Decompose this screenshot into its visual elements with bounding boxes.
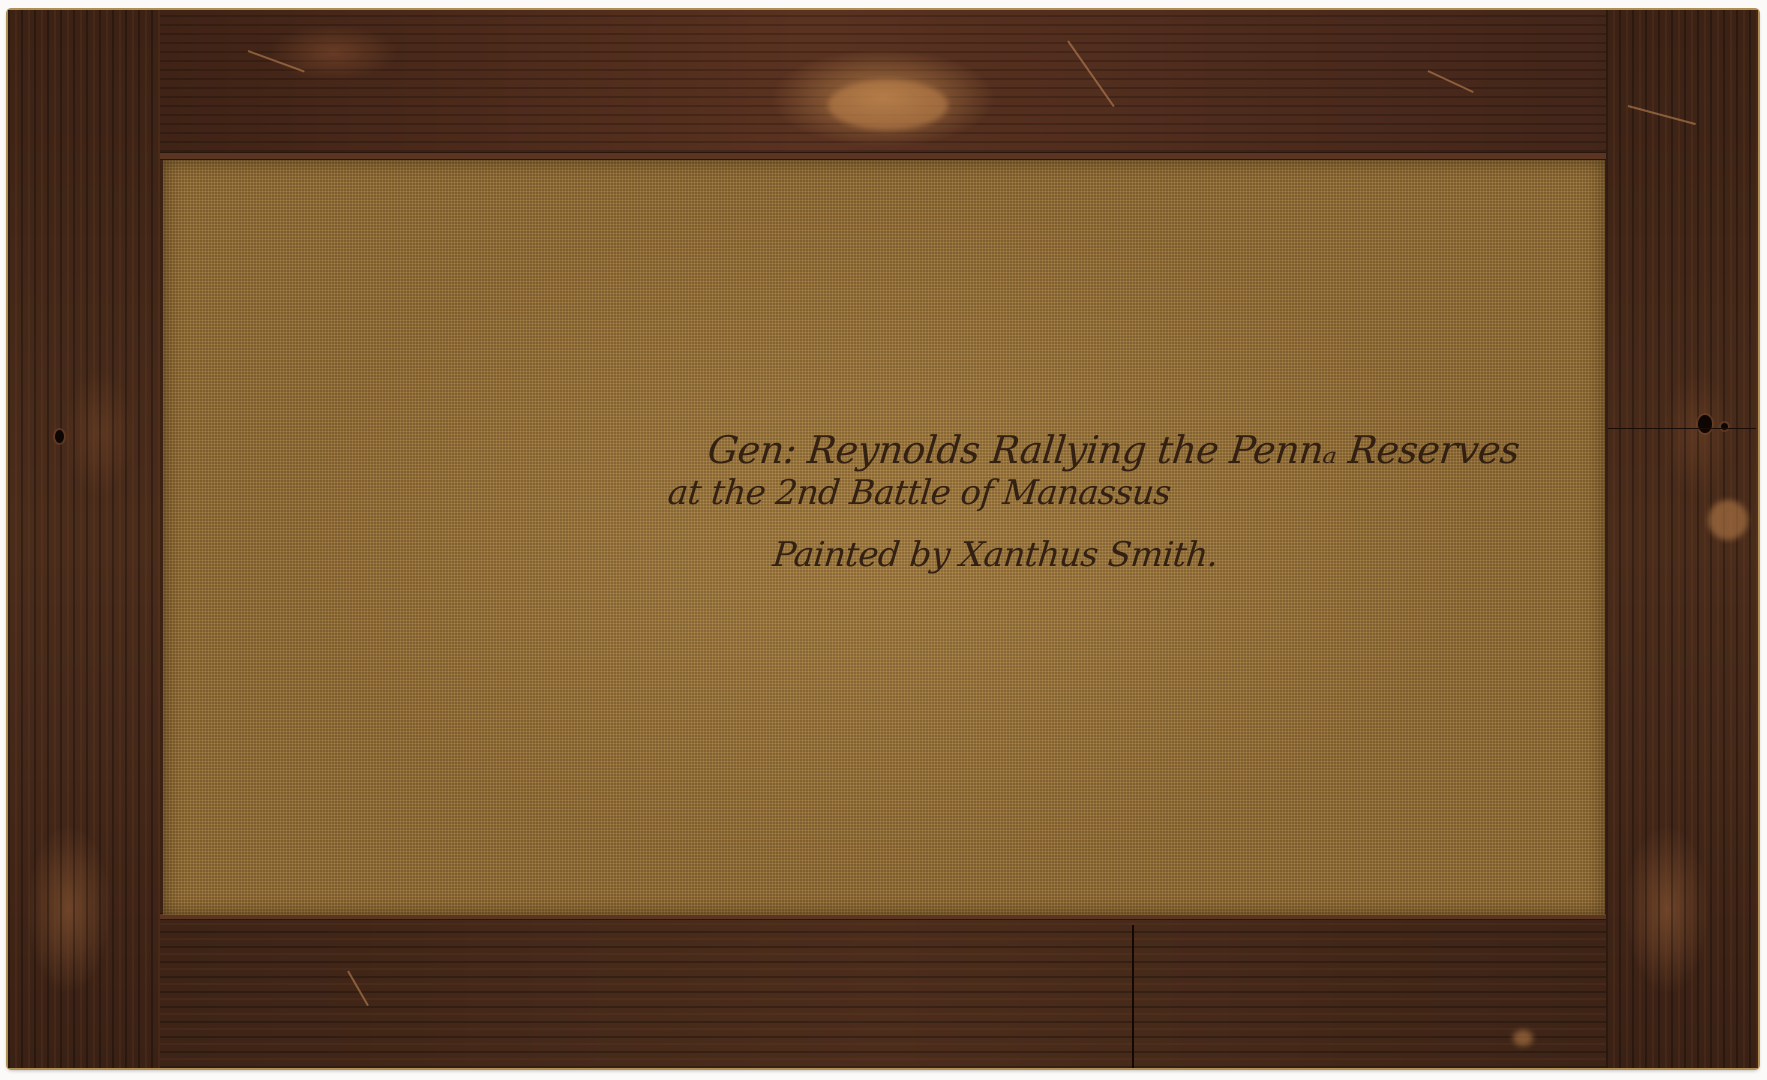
inscription-line-1: Gen: Reynolds Rallying the Pennₐ Reserve… — [706, 428, 1522, 472]
wear-spot-bottom-right — [1513, 1030, 1533, 1046]
inscription-line-2: at the 2nd Battle of Manassus — [666, 473, 1173, 513]
wear-spot-right — [1708, 500, 1748, 540]
top-rail-lip — [160, 152, 1606, 160]
bottom-rail-seam — [1132, 925, 1134, 1068]
left-stile — [8, 10, 160, 1068]
inscription-line-3: Painted by Xanthus Smith. — [771, 535, 1220, 575]
bottom-rail — [160, 918, 1606, 1068]
right-stile — [1606, 10, 1758, 1068]
crack-line-right — [1608, 428, 1756, 429]
canvas-back: Gen: Reynolds Rallying the Pennₐ Reserve… — [163, 160, 1605, 915]
wear-spot-top — [828, 80, 948, 130]
nail-hole-left — [55, 430, 64, 443]
nail-hole-right-large — [1698, 415, 1712, 433]
stretcher-frame: Gen: Reynolds Rallying the Pennₐ Reserve… — [8, 10, 1758, 1068]
